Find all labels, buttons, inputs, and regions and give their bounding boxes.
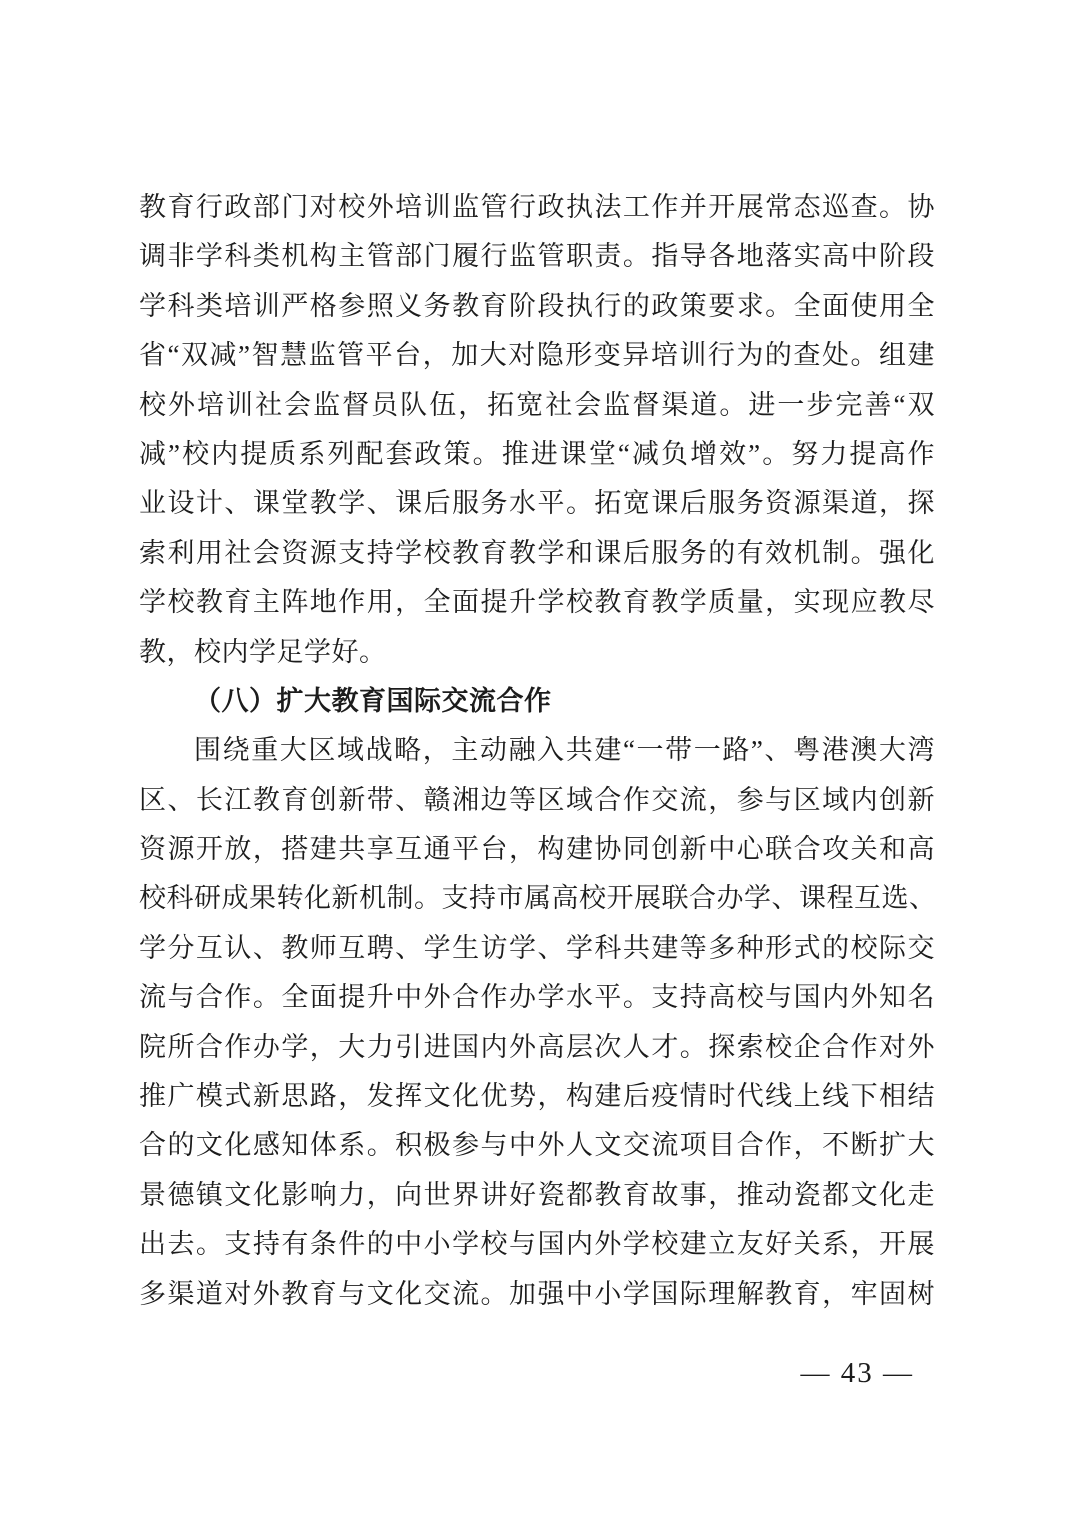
section-heading: （八）扩大教育国际交流合作 — [139, 677, 935, 726]
text-line: 推广模式新思路，发挥文化优势，构建后疫情时代线上线下相结 — [139, 1072, 935, 1121]
text-line: 学分互认、教师互聘、学生访学、学科共建等多种形式的校际交 — [139, 924, 935, 973]
text-line: 学校教育主阵地作用，全面提升学校教育教学质量，实现应教尽 — [139, 578, 935, 627]
paragraph-continued: 教育行政部门对校外培训监管行政执法工作并开展常态巡查。协调非学科类机构主管部门履… — [139, 183, 935, 677]
text-line: 出去。支持有条件的中小学校与国内外学校建立友好关系，开展 — [139, 1220, 935, 1269]
text-line: 区、长江教育创新带、赣湘边等区域合作交流，参与区域内创新 — [139, 776, 935, 825]
text-line: 教，校内学足学好。 — [139, 628, 935, 677]
text-line: 合的文化感知体系。积极参与中外人文交流项目合作，不断扩大 — [139, 1121, 935, 1170]
text-line: 围绕重大区域战略，主动融入共建“一带一路”、粤港澳大湾 — [139, 726, 935, 775]
paragraph-international-exchange: 围绕重大区域战略，主动融入共建“一带一路”、粤港澳大湾区、长江教育创新带、赣湘边… — [139, 726, 935, 1319]
text-line: 教育行政部门对校外培训监管行政执法工作并开展常态巡查。协 — [139, 183, 935, 232]
text-line: 校科研成果转化新机制。支持市属高校开展联合办学、课程互选、 — [139, 874, 935, 923]
text-line: 院所合作办学，大力引进国内外高层次人才。探索校企合作对外 — [139, 1023, 935, 1072]
text-line: 校外培训社会监督员队伍，拓宽社会监督渠道。进一步完善“双 — [139, 381, 935, 430]
text-line: 省“双减”智慧监管平台，加大对隐形变异培训行为的查处。组建 — [139, 331, 935, 380]
text-line: 流与合作。全面提升中外合作办学水平。支持高校与国内外知名 — [139, 973, 935, 1022]
page-number: — 43 — — [801, 1352, 915, 1394]
text-line: 资源开放，搭建共享互通平台，构建协同创新中心联合攻关和高 — [139, 825, 935, 874]
text-line: 景德镇文化影响力，向世界讲好瓷都教育故事，推动瓷都文化走 — [139, 1171, 935, 1220]
document-page: 教育行政部门对校外培训监管行政执法工作并开展常态巡查。协调非学科类机构主管部门履… — [0, 0, 1074, 1520]
text-line: 业设计、课堂教学、课后服务水平。拓宽课后服务资源渠道，探 — [139, 479, 935, 528]
text-line: 多渠道对外教育与文化交流。加强中小学国际理解教育，牢固树 — [139, 1270, 935, 1319]
text-line: 索利用社会资源支持学校教育教学和课后服务的有效机制。强化 — [139, 529, 935, 578]
document-body: 教育行政部门对校外培训监管行政执法工作并开展常态巡查。协调非学科类机构主管部门履… — [139, 183, 935, 1319]
text-line: 减”校内提质系列配套政策。推进课堂“减负增效”。努力提高作 — [139, 430, 935, 479]
text-line: 调非学科类机构主管部门履行监管职责。指导各地落实高中阶段 — [139, 232, 935, 281]
text-line: 学科类培训严格参照义务教育阶段执行的政策要求。全面使用全 — [139, 282, 935, 331]
